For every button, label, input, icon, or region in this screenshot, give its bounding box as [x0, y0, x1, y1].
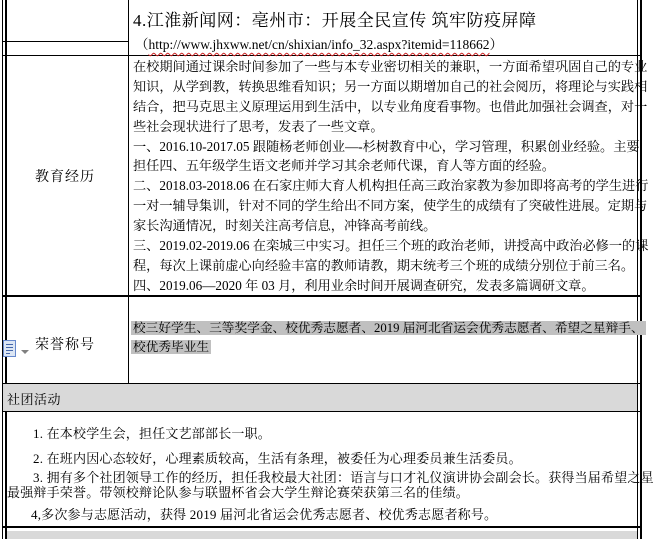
table-column-divider [128, 0, 129, 383]
education-text-line: 家长沟通情况，时刻关注高考信息，冲锋高考前线。 [133, 216, 648, 236]
document-page: 4.江淮新闻网：亳州市：开展全民宣传 筑牢防疫屏障 （http://www.jh… [0, 0, 656, 539]
education-row-label: 教育经历 [2, 166, 128, 186]
education-text-line: 三、2019.02-2019.06 在栾城三中实习。担任三个班的政治老师，讲授高… [133, 236, 648, 256]
education-text-line: 一对一辅导集训，针对不同的学生给出不同方案，使学生的成绩有了突破性进展。定期与 [133, 196, 648, 216]
education-text-block: 在校期间通过课余时间参加了一些与本专业密切相关的兼职，一方面希望巩固自己的专业 … [133, 57, 648, 296]
education-text-line: 在校期间通过课余时间参加了一些与本专业密切相关的兼职，一方面希望巩固自己的专业 [133, 57, 648, 77]
close-paren: ） [489, 37, 503, 52]
table-border [2, 526, 642, 528]
honors-highlighted-line: 校优秀毕业生 [131, 338, 646, 357]
table-border [2, 41, 128, 42]
club-activity-line: 4,多次参与志愿活动，获得 2019 届河北省运会优秀志愿者、校优秀志愿者称号。 [31, 504, 497, 523]
education-text-line: 二、2018.03-2018.06 在石家庄师大育人机构担任高三政治家教为参加即… [133, 176, 648, 196]
club-activity-line: 最强辩手荣誉。带领校辩论队参与联盟杯省会大学生辩论赛荣获第三名的佳绩。 [7, 482, 469, 501]
table-border [2, 411, 642, 412]
news-item-title: 4.江淮新闻网：亳州市：开展全民宣传 筑牢防疫屏障 [133, 6, 537, 31]
education-text-line: 担任四、五年级学生语文老师并学习其余老师代课，育人等方面的经验。 [133, 156, 648, 176]
table-border [2, 0, 3, 539]
highlighted-text: 校优秀毕业生 [131, 340, 211, 354]
education-text-line: 四、2019.06—2020 年 03 月，利用业余时间开展调查研究，发表多篇调… [133, 276, 648, 296]
next-section-header-partial [7, 531, 637, 539]
education-text-line: 些社会现状进行了思考，发表了一些文章。 [133, 117, 648, 137]
education-text-line: 程，每次上课前虚心向经验丰富的教师请教，期末统考三个班的成绩分别位于前三名。 [133, 256, 648, 276]
club-activity-line: 1. 在本校学生会，担任文艺部部长一职。 [33, 423, 271, 442]
section-header-background [3, 384, 637, 411]
table-border [2, 55, 642, 56]
education-text-line: 结合，把马克思主义原理运用到生活中，以专业角度看事物。也借此加强社会调查，对一 [133, 97, 648, 117]
education-text-line: 一、2016.10-2017.05 跟随杨老师创业—-杉树教育中心，学习管理，积… [133, 137, 648, 157]
table-border [5, 0, 7, 539]
education-text-line: 知识，从学到教，转换思维看知识；另一方面以期增加自己的社会阅历，将理论与实践相 [133, 77, 648, 97]
honors-highlighted-line: 校三好学生、三等奖学金、校优秀志愿者、2019 届河北省运会优秀志愿者、希望之星… [131, 319, 646, 338]
club-activity-line: 2. 在班内因心态较好，心理素质较高，生活有条理，被委任为心理委员兼生活委员。 [33, 448, 522, 467]
news-item-url: http://www.jhxww.net/cn/shixian/info_32.… [149, 37, 490, 52]
honors-text-block: 校三好学生、三等奖学金、校优秀志愿者、2019 届河北省运会优秀志愿者、希望之星… [131, 319, 646, 357]
clubs-section-title: 社团活动 [7, 389, 61, 408]
news-item-url-line: （http://www.jhxww.net/cn/shixian/info_32… [135, 33, 503, 53]
open-paren: （ [135, 37, 149, 52]
highlighted-text: 校三好学生、三等奖学金、校优秀志愿者、2019 届河北省运会优秀志愿者、希望之星… [131, 321, 646, 335]
honors-row-label: 荣誉称号 [2, 334, 128, 354]
